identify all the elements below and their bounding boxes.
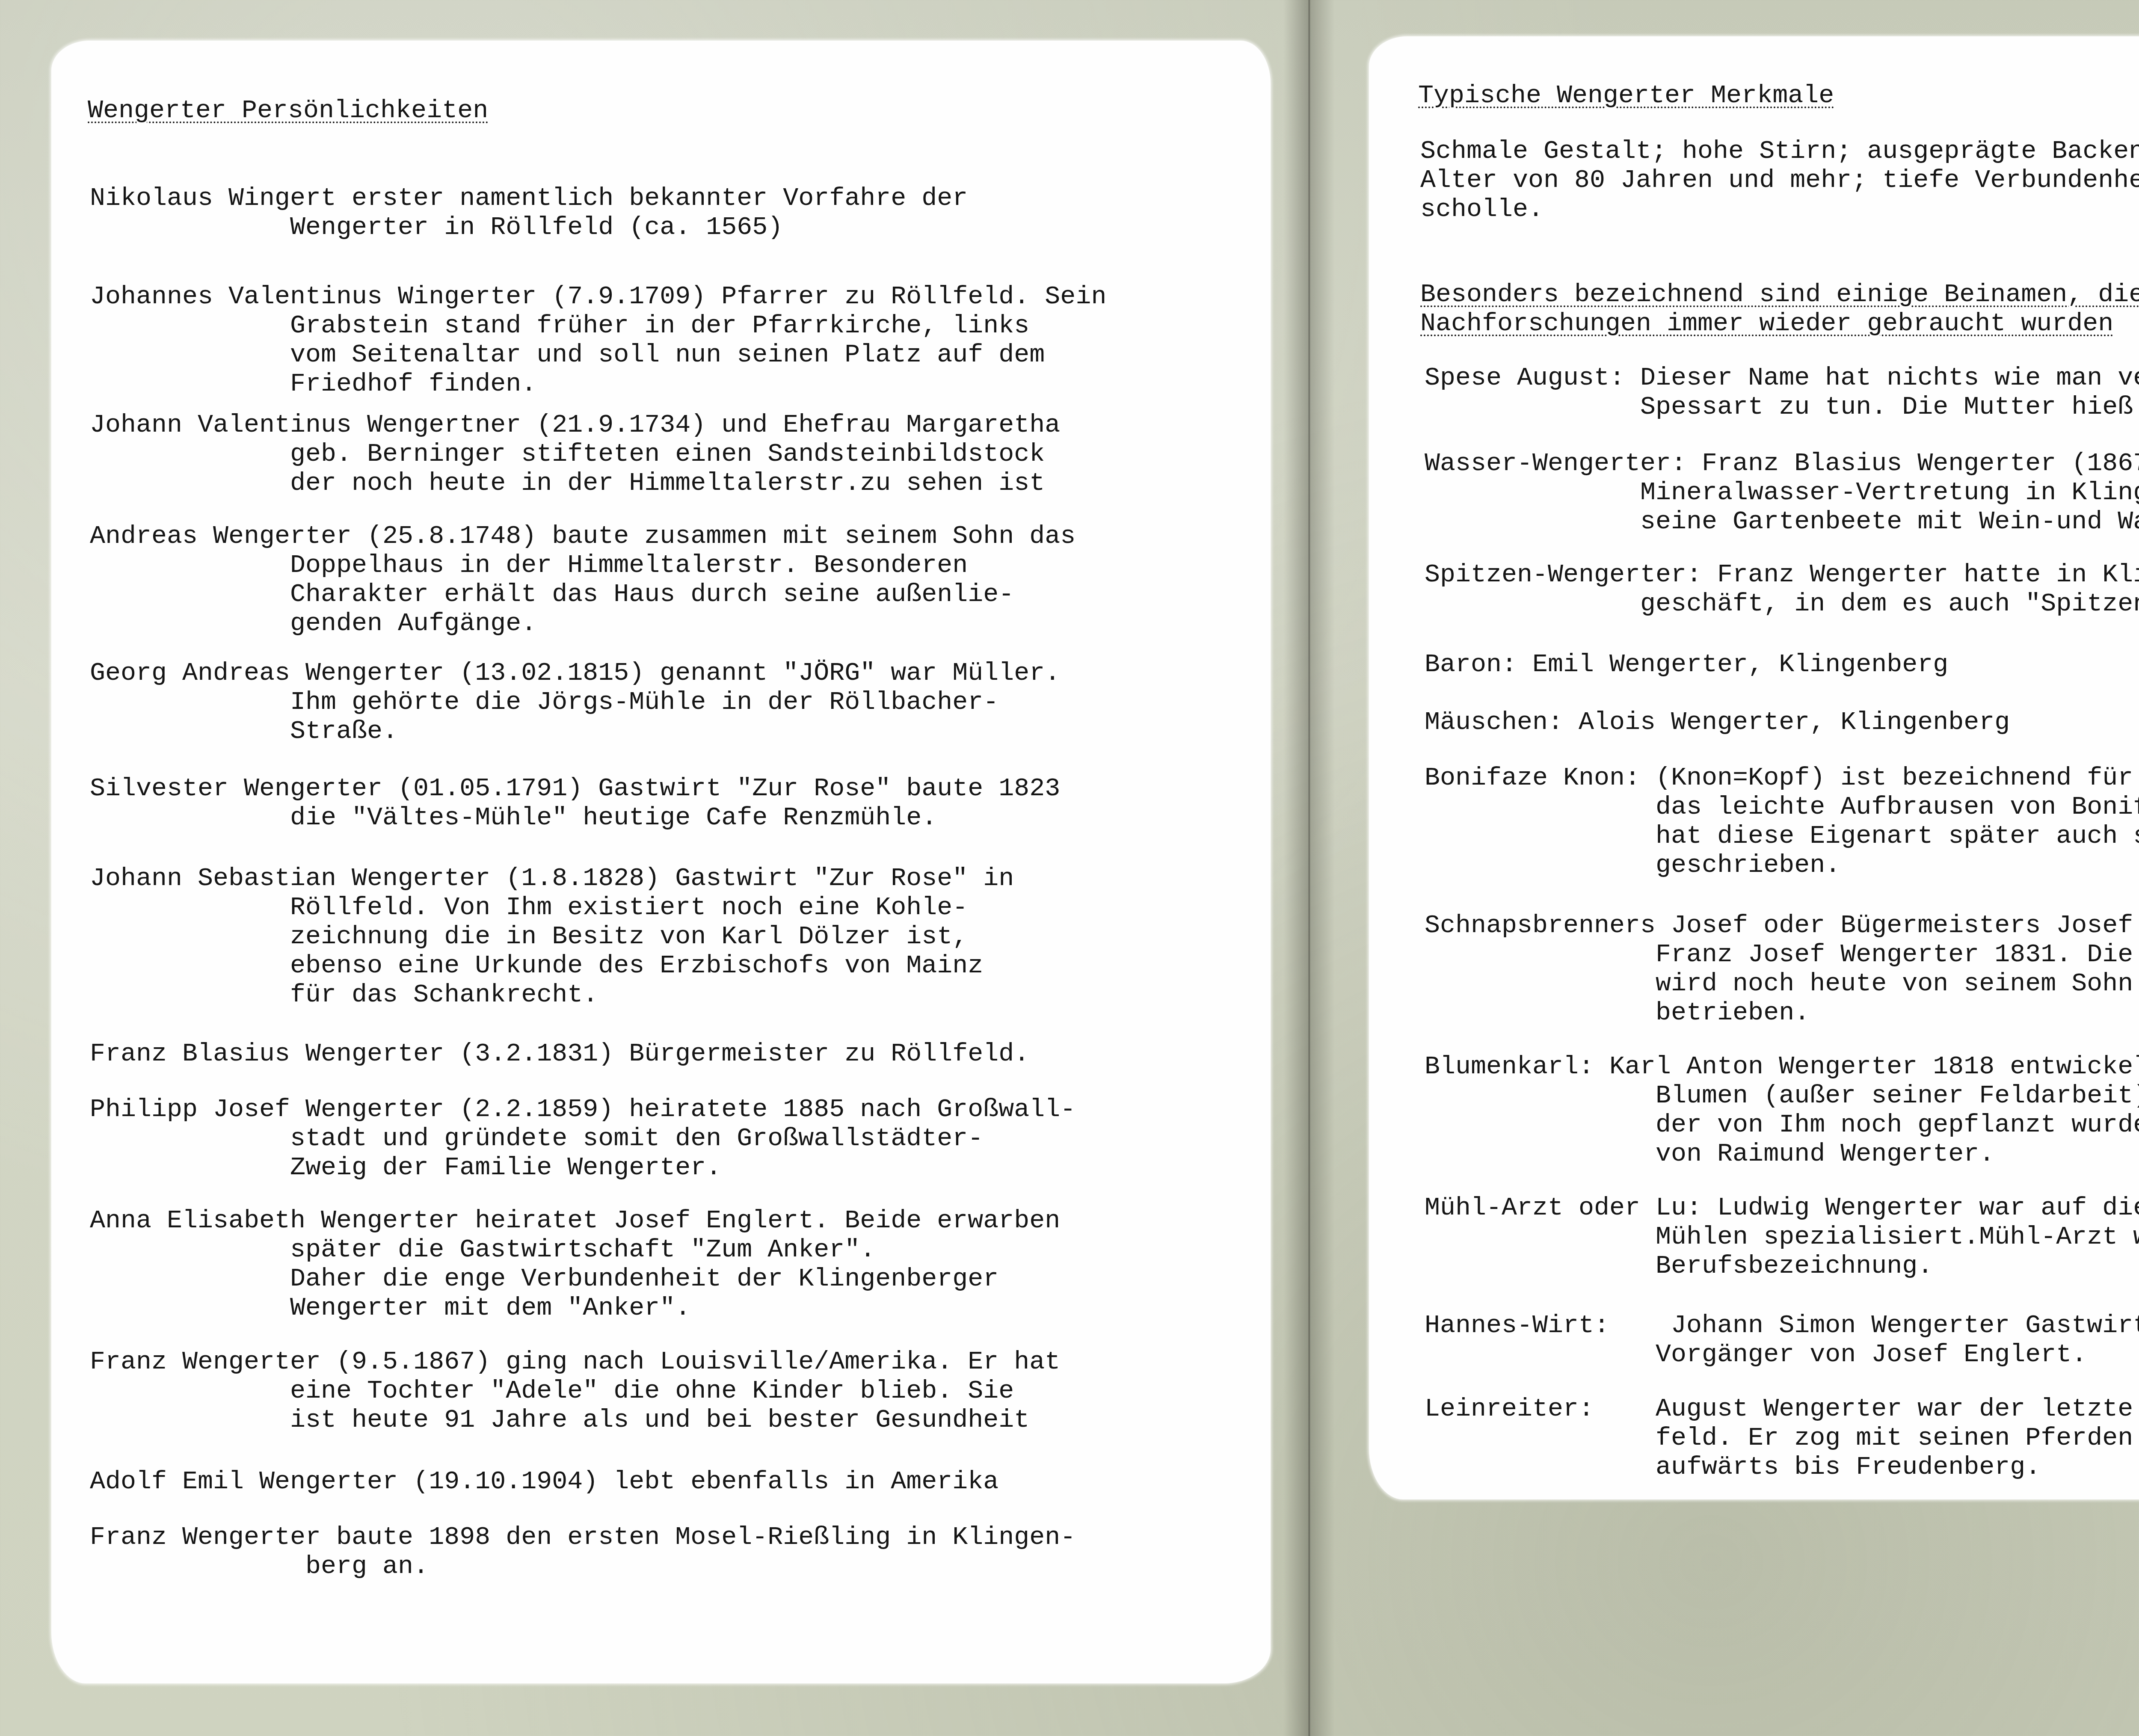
subtitle-text: Besonders bezeichnend sind einige Beinam… bbox=[1420, 280, 2139, 338]
text-line: scholle. bbox=[1420, 195, 2139, 224]
right-entry: Spese August: Dieser Name hat nichts wie… bbox=[1425, 364, 2139, 422]
text-line: Ihm gehörte die Jörgs-Mühle in der Röllb… bbox=[90, 688, 1060, 717]
text-line: Georg Andreas Wengerter (13.02.1815) gen… bbox=[90, 659, 1060, 688]
text-line: eine Tochter "Adele" die ohne Kinder bli… bbox=[90, 1377, 1060, 1406]
text-line: der noch heute in der Himmeltalerstr.zu … bbox=[90, 469, 1060, 498]
text-line: Baron: Emil Wengerter, Klingenberg bbox=[1425, 650, 1948, 679]
text-line: Wengerter mit dem "Anker". bbox=[90, 1294, 1060, 1323]
left-entry: Andreas Wengerter (25.8.1748) baute zusa… bbox=[90, 522, 1075, 638]
right-entry: Spitzen-Wengerter: Franz Wengerter hatte… bbox=[1425, 560, 2139, 619]
text-line: Philipp Josef Wengerter (2.2.1859) heira… bbox=[90, 1095, 1075, 1124]
text-line: Doppelhaus in der Himmeltalerstr. Besond… bbox=[90, 551, 1075, 580]
text-line: der von Ihm noch gepflanzt wurde, steht … bbox=[1425, 1111, 2139, 1140]
left-entry: Johann Sebastian Wengerter (1.8.1828) Ga… bbox=[90, 864, 1014, 1010]
left-entry: Johannes Valentinus Wingerter (7.9.1709)… bbox=[90, 282, 1106, 399]
text-line: feld. Er zog mit seinen Pferden die Schi… bbox=[1425, 1424, 2139, 1453]
text-line: Mühl-Arzt oder Lu: Ludwig Wengerter war … bbox=[1425, 1194, 2139, 1223]
text-line: Wasser-Wengerter: Franz Blasius Wengerte… bbox=[1425, 449, 2139, 478]
text-line: Zweig der Familie Wengerter. bbox=[90, 1153, 1075, 1182]
text-line: Spitzen-Wengerter: Franz Wengerter hatte… bbox=[1425, 560, 2139, 590]
text-line: Franz Blasius Wengerter (3.2.1831) Bürge… bbox=[90, 1040, 1029, 1069]
text-line: Leinreiter: August Wengerter war der let… bbox=[1425, 1395, 2139, 1424]
text-line: Franz Wengerter (9.5.1867) ging nach Lou… bbox=[90, 1348, 1060, 1377]
left-entry: Anna Elisabeth Wengerter heiratet Josef … bbox=[90, 1206, 1060, 1323]
text-line: betrieben. bbox=[1425, 998, 2139, 1028]
right-entry: Mühl-Arzt oder Lu: Ludwig Wengerter war … bbox=[1425, 1194, 2139, 1281]
text-line: geschrieben. bbox=[1425, 851, 2139, 880]
text-line: ist heute 91 Jahre als und bei bester Ge… bbox=[90, 1406, 1060, 1435]
text-line: Johann Sebastian Wengerter (1.8.1828) Ga… bbox=[90, 864, 1014, 893]
left-entry: Georg Andreas Wengerter (13.02.1815) gen… bbox=[90, 659, 1060, 746]
text-line: berg an. bbox=[90, 1552, 1075, 1581]
text-line: Schnapsbrenners Josef oder Bügermeisters… bbox=[1425, 911, 2139, 940]
right-entry: Mäuschen: Alois Wengerter, Klingenberg bbox=[1425, 708, 2010, 737]
text-line: Spessart zu tun. Die Mutter hieß Spes (l… bbox=[1425, 393, 2139, 422]
left-entry: Silvester Wengerter (01.05.1791) Gastwir… bbox=[90, 774, 1060, 832]
right-entry: Leinreiter: August Wengerter war der let… bbox=[1425, 1395, 2139, 1482]
text-line: genden Aufgänge. bbox=[90, 609, 1075, 638]
right-entry: Hannes-Wirt: Johann Simon Wengerter Gast… bbox=[1425, 1311, 2139, 1369]
text-line: vom Seitenaltar und soll nun seinen Plat… bbox=[90, 341, 1106, 370]
left-entry: Adolf Emil Wengerter (19.10.1904) lebt e… bbox=[90, 1467, 998, 1496]
text-line: Grabstein stand früher in der Pfarrkirch… bbox=[90, 311, 1106, 341]
text-line: Wengerter in Röllfeld (ca. 1565) bbox=[90, 213, 968, 242]
text-line: Daher die enge Verbundenheit der Klingen… bbox=[90, 1265, 1060, 1294]
text-line: Andreas Wengerter (25.8.1748) baute zusa… bbox=[90, 522, 1075, 551]
text-line: Mäuschen: Alois Wengerter, Klingenberg bbox=[1425, 708, 2010, 737]
left-entry: Franz Wengerter (9.5.1867) ging nach Lou… bbox=[90, 1348, 1060, 1435]
text-line: Alter von 80 Jahren und mehr; tiefe Verb… bbox=[1420, 166, 2139, 195]
text-line: Franz Josef Wengerter 1831. Die Schnapsb… bbox=[1425, 940, 2139, 969]
right-entry: Wasser-Wengerter: Franz Blasius Wengerte… bbox=[1425, 449, 2139, 536]
text-line: Besonders bezeichnend sind einige Beinam… bbox=[1420, 280, 2139, 309]
text-line: hat diese Eigenart später auch seinen Ki… bbox=[1425, 822, 2139, 851]
text-line: Adolf Emil Wengerter (19.10.1904) lebt e… bbox=[90, 1467, 998, 1496]
text-line: Blumen (außer seiner Feldarbeit) Ein Ros… bbox=[1425, 1081, 2139, 1111]
text-line: ebenso eine Urkunde des Erzbischofs von … bbox=[90, 951, 1014, 981]
text-line: Straße. bbox=[90, 717, 1060, 746]
text-line: Friedhof finden. bbox=[90, 370, 1106, 399]
text-line: später die Gastwirtschaft "Zum Anker". bbox=[90, 1235, 1060, 1265]
right-entry: Bonifaze Knon: (Knon=Kopf) ist bezeichne… bbox=[1425, 764, 2139, 880]
text-line: aufwärts bis Freudenberg. bbox=[1425, 1453, 2139, 1482]
text-line: wird noch heute von seinem Sohn Reinhold… bbox=[1425, 969, 2139, 998]
left-page-title: Wengerter Persönlichkeiten bbox=[88, 96, 488, 125]
text-line: von Raimund Wengerter. bbox=[1425, 1140, 2139, 1169]
text-line: zeichnung die in Besitz von Karl Dölzer … bbox=[90, 922, 1014, 951]
left-entry: Nikolaus Wingert erster namentlich bekan… bbox=[90, 184, 968, 242]
text-line: stadt und gründete somit den Großwallstä… bbox=[90, 1124, 1075, 1153]
text-line: Nachforschungen immer wieder gebraucht w… bbox=[1420, 309, 2139, 338]
left-entry: Franz Blasius Wengerter (3.2.1831) Bürge… bbox=[90, 1040, 1029, 1069]
text-line: Röllfeld. Von Ihm existiert noch eine Ko… bbox=[90, 893, 1014, 922]
text-line: Blumenkarl: Karl Anton Wengerter 1818 en… bbox=[1425, 1052, 2139, 1081]
text-line: Mineralwasser-Vertretung in Klingenberg.… bbox=[1425, 478, 2139, 507]
text-line: Nikolaus Wingert erster namentlich bekan… bbox=[90, 184, 968, 213]
text-line: Vorgänger von Josef Englert. bbox=[1425, 1340, 2139, 1369]
text-line: Hannes-Wirt: Johann Simon Wengerter Gast… bbox=[1425, 1311, 2139, 1340]
text-line: Berufsbezeichnung. bbox=[1425, 1252, 2139, 1281]
text-line: für das Schankrecht. bbox=[90, 981, 1014, 1010]
right-entry: Blumenkarl: Karl Anton Wengerter 1818 en… bbox=[1425, 1052, 2139, 1169]
text-line: geb. Berninger stifteten einen Sandstein… bbox=[90, 440, 1060, 469]
text-line: geschäft, in dem es auch "Spitzen" zu ka… bbox=[1425, 590, 2139, 619]
left-entry: Philipp Josef Wengerter (2.2.1859) heira… bbox=[90, 1095, 1075, 1182]
text-line: Schmale Gestalt; hohe Stirn; ausgeprägte… bbox=[1420, 137, 2139, 166]
text-line: seine Gartenbeete mit Wein-und Wasserfla… bbox=[1425, 507, 2139, 536]
intro-text: Schmale Gestalt; hohe Stirn; ausgeprägte… bbox=[1420, 137, 2139, 224]
text-line: Mühlen spezialisiert.Mühl-Arzt war eine … bbox=[1425, 1223, 2139, 1252]
text-line: Charakter erhält das Haus durch seine au… bbox=[90, 580, 1075, 609]
text-line: Silvester Wengerter (01.05.1791) Gastwir… bbox=[90, 774, 1060, 803]
text-line: Anna Elisabeth Wengerter heiratet Josef … bbox=[90, 1206, 1060, 1235]
text-line: Johann Valentinus Wengertner (21.9.1734)… bbox=[90, 411, 1060, 440]
left-entry: Franz Wengerter baute 1898 den ersten Mo… bbox=[90, 1523, 1075, 1581]
text-line: das leichte Aufbrausen von Bonifaz Wenge… bbox=[1425, 793, 2139, 822]
right-entry: Schnapsbrenners Josef oder Bügermeisters… bbox=[1425, 911, 2139, 1028]
left-entry: Johann Valentinus Wengertner (21.9.1734)… bbox=[90, 411, 1060, 498]
text-line: Spese August: Dieser Name hat nichts wie… bbox=[1425, 364, 2139, 393]
text-line: Johannes Valentinus Wingerter (7.9.1709)… bbox=[90, 282, 1106, 311]
right-page-title: Typische Wengerter Merkmale bbox=[1418, 81, 1834, 110]
text-line: Bonifaze Knon: (Knon=Kopf) ist bezeichne… bbox=[1425, 764, 2139, 793]
text-line: die "Vältes-Mühle" heutige Cafe Renzmühl… bbox=[90, 803, 1060, 832]
text-line: Franz Wengerter baute 1898 den ersten Mo… bbox=[90, 1523, 1075, 1552]
book-gutter bbox=[1283, 0, 1335, 1736]
right-entry: Baron: Emil Wengerter, Klingenberg bbox=[1425, 650, 1948, 679]
